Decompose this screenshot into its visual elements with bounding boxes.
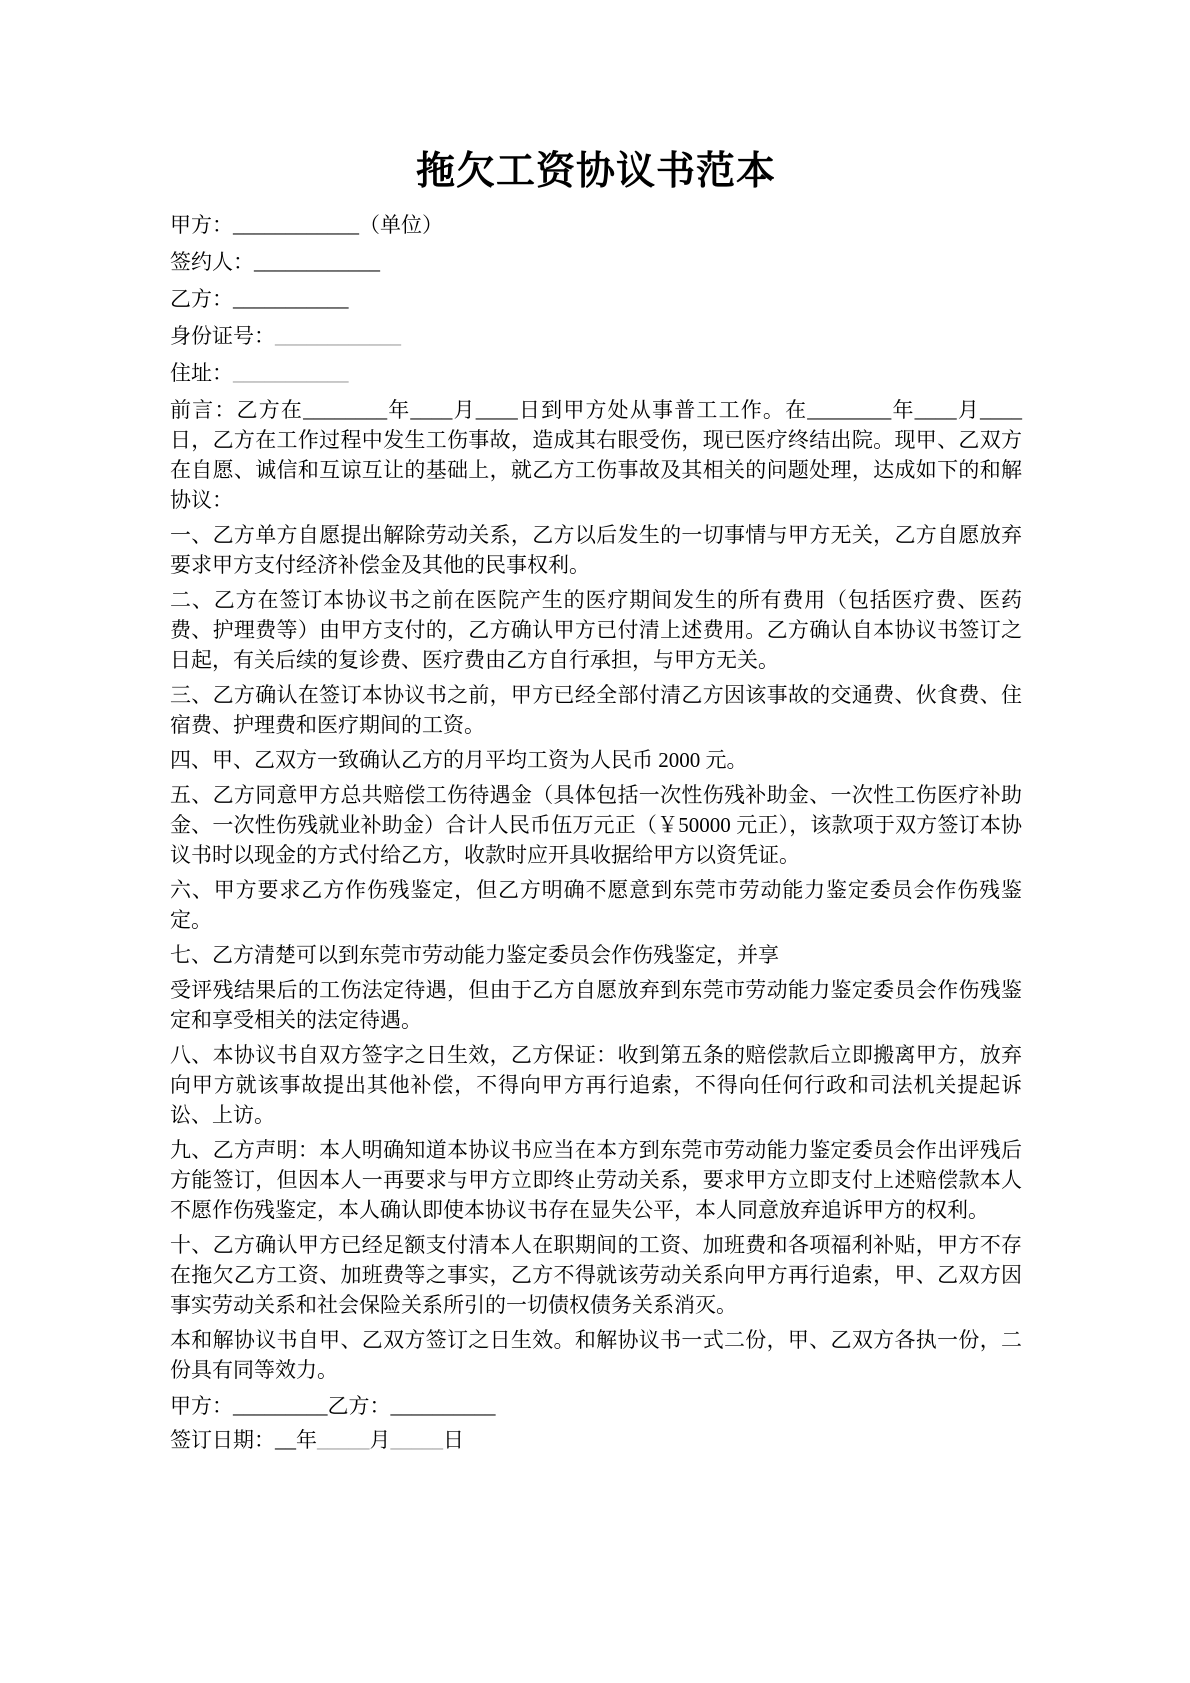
clause-6-paragraph: 六、甲方要求乙方作伤残鉴定，但乙方明确不愿意到东莞市劳动能力鉴定委员会作伤残鉴定… <box>170 875 1022 935</box>
date-blank-before-day: _____ <box>391 1428 444 1452</box>
month-char: 月 <box>370 1428 391 1452</box>
clause-5-paragraph: 五、乙方同意甲方总共赔偿工伤待遇金（具体包括一次性伤残补助金、一次性工伤医疗补助… <box>170 780 1022 870</box>
closing-paragraph: 本和解协议书自甲、乙双方签订之日生效。和解协议书一式二份，甲、乙双方各执一份，二… <box>170 1325 1022 1385</box>
day-char: 日 <box>443 1428 464 1452</box>
document-title: 拖欠工资协议书范本 <box>170 146 1022 198</box>
field-blank-party-b: ___________ <box>233 287 349 311</box>
field-label-address: 住址： <box>170 361 233 385</box>
signing-date-label: 签订日期： <box>170 1428 275 1452</box>
clause-7-paragraph: 七、乙方清楚可以到东莞市劳动能力鉴定委员会作伤残鉴定，并享 <box>170 940 1022 970</box>
signature-row: 甲方：_________乙方：__________ <box>170 1391 1022 1421</box>
signature-party-a-label: 甲方： <box>170 1394 233 1418</box>
field-label-signer: 签约人： <box>170 250 254 274</box>
field-row-address: 住址：___________ <box>170 358 1022 388</box>
field-label-party-a: 甲方： <box>170 213 233 237</box>
document-page: 拖欠工资协议书范本 甲方：____________（单位） 签约人：______… <box>0 0 1190 1683</box>
date-blank-before-month: _____ <box>317 1428 370 1452</box>
clause-7-continued-paragraph: 受评残结果后的工伤法定待遇，但由于乙方自愿放弃到东莞市劳动能力鉴定委员会作伤残鉴… <box>170 975 1022 1035</box>
year-char: 年 <box>296 1428 317 1452</box>
date-blank-before-year: __ <box>275 1428 296 1452</box>
signature-party-b-blank: __________ <box>391 1394 496 1418</box>
field-label-id-number: 身份证号： <box>170 324 275 348</box>
field-suffix-party-a: （单位） <box>359 213 443 237</box>
signature-party-a-blank: _________ <box>233 1394 328 1418</box>
signing-date-row: 签订日期：__年_____月_____日 <box>170 1425 1022 1455</box>
field-row-party-b: 乙方：___________ <box>170 284 1022 314</box>
field-row-party-a: 甲方：____________（单位） <box>170 210 1022 240</box>
field-blank-address: ___________ <box>233 361 349 385</box>
field-blank-signer: ____________ <box>254 250 380 274</box>
clause-3-paragraph: 三、乙方确认在签订本协议书之前，甲方已经全部付清乙方因该事故的交通费、伙食费、住… <box>170 680 1022 740</box>
field-row-id-number: 身份证号：____________ <box>170 321 1022 351</box>
clause-4-paragraph: 四、甲、乙双方一致确认乙方的月平均工资为人民币 2000 元。 <box>170 745 1022 775</box>
clause-1-paragraph: 一、乙方单方自愿提出解除劳动关系，乙方以后发生的一切事情与甲方无关，乙方自愿放弃… <box>170 520 1022 580</box>
clause-10-paragraph: 十、乙方确认甲方已经足额支付清本人在职期间的工资、加班费和各项福利补贴，甲方不存… <box>170 1230 1022 1320</box>
field-blank-party-a: ____________ <box>233 213 359 237</box>
field-label-party-b: 乙方： <box>170 287 233 311</box>
preamble-paragraph: 前言：乙方在________年____月____日到甲方处从事普工工作。在___… <box>170 395 1022 515</box>
signature-party-b-label: 乙方： <box>328 1394 391 1418</box>
clause-9-paragraph: 九、乙方声明：本人明确知道本协议书应当在本方到东莞市劳动能力鉴定委员会作出评残后… <box>170 1135 1022 1225</box>
clause-8-paragraph: 八、本协议书自双方签字之日生效，乙方保证：收到第五条的赔偿款后立即搬离甲方，放弃… <box>170 1040 1022 1130</box>
clause-2-paragraph: 二、乙方在签订本协议书之前在医院产生的医疗期间发生的所有费用（包括医疗费、医药费… <box>170 585 1022 675</box>
field-row-signer: 签约人：____________ <box>170 247 1022 277</box>
field-blank-id-number: ____________ <box>275 324 401 348</box>
